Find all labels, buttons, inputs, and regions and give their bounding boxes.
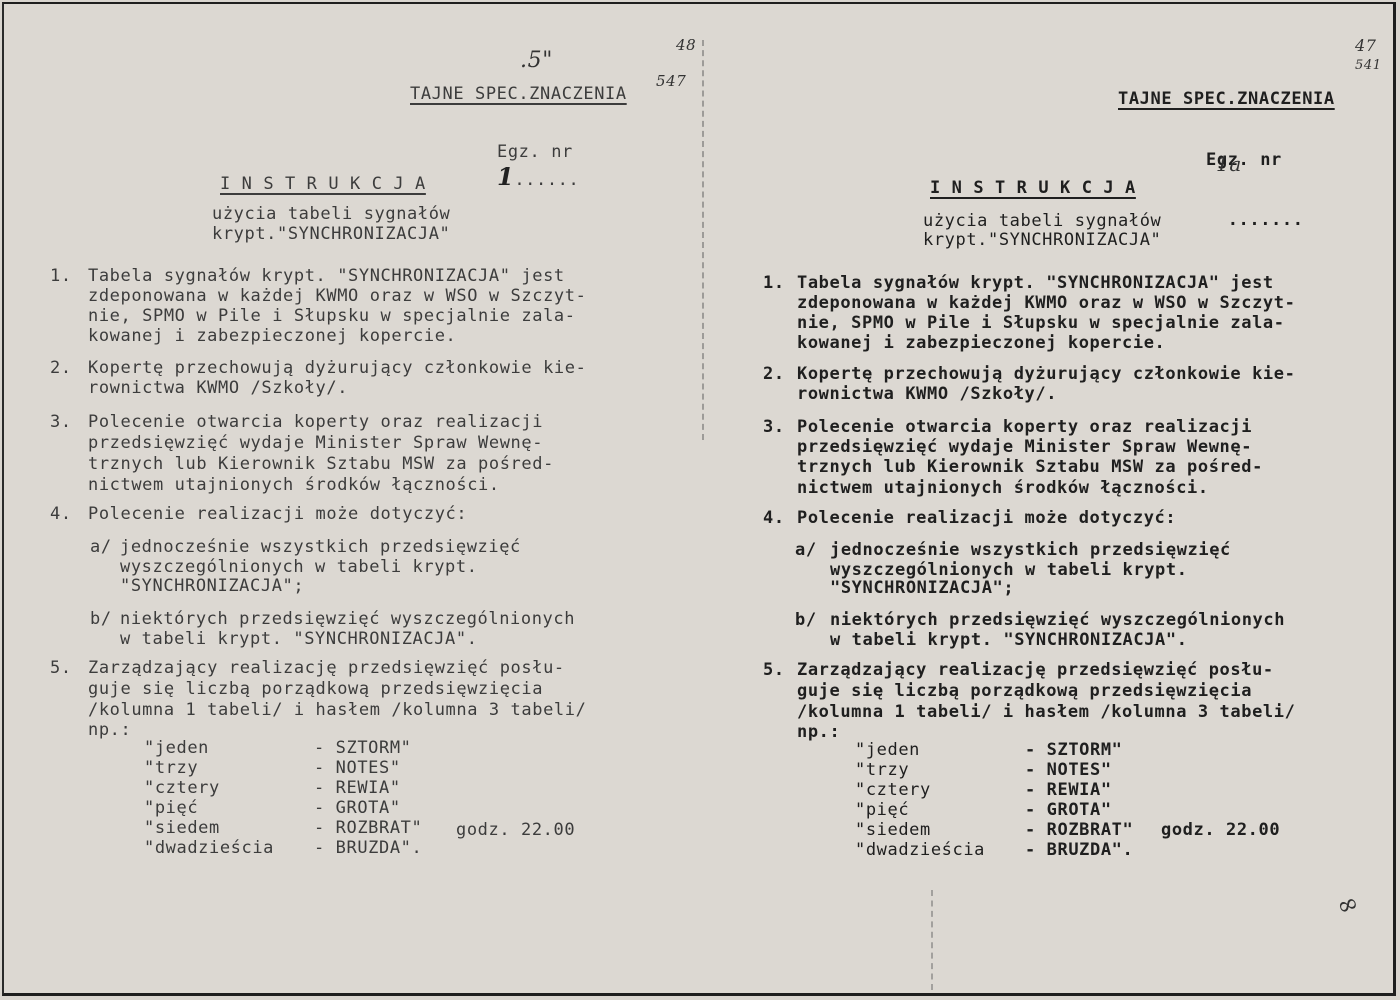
document-subtitle: użycia tabeli sygnałów <box>212 204 450 224</box>
example-number-word: "siedem <box>144 818 220 838</box>
example-password: - BRUZDA". <box>1025 840 1133 860</box>
item-text: zdeponowana w każdej KWMO oraz w WSO w S… <box>797 293 1295 313</box>
item-text: nictwem utajnionych środków łączności. <box>88 475 500 495</box>
classification-header: TAJNE SPEC.ZNACZENIA <box>410 84 627 104</box>
subitem-label: b/ <box>90 609 112 629</box>
item-number: 3. <box>50 412 72 432</box>
item-number: 2. <box>50 358 72 378</box>
example-password: - ROZBRAT" <box>1025 820 1133 840</box>
item-text: Polecenie otwarcia koperty oraz realizac… <box>88 412 543 432</box>
example-number-word: "trzy <box>855 760 909 780</box>
item-text: kowanej i zabezpieczonej kopercie. <box>797 333 1165 353</box>
example-password: - ROZBRAT" <box>314 818 422 838</box>
item-text: trznych lub Kierownik Sztabu MSW za pośr… <box>88 454 554 474</box>
example-number-word: "jeden <box>855 740 920 760</box>
item-number: 5. <box>50 658 72 678</box>
copy-number-wrapper: 1a ....... <box>1141 190 1304 250</box>
item-text: /kolumna 1 tabeli/ i hasłem /kolumna 3 t… <box>88 700 586 720</box>
handwritten-page-number: 47 <box>1355 36 1377 55</box>
item-number: 4. <box>763 508 785 528</box>
handwritten-mark: ∞ <box>1333 887 1364 923</box>
item-text: Tabela sygnałów krypt. "SYNCHRONIZACJA" … <box>797 273 1274 293</box>
example-number-word: "dwadzieścia <box>144 838 274 858</box>
document-title: I N S T R U K C J A <box>220 174 426 194</box>
document-subtitle: krypt."SYNCHRONIZACJA" <box>212 224 450 244</box>
item-text: jednocześnie wszystkich przedsięwzięć <box>830 540 1231 560</box>
item-number: 2. <box>763 364 785 384</box>
item-text: w tabeli krypt. "SYNCHRONIZACJA". <box>830 630 1188 650</box>
item-number: 1. <box>763 273 785 293</box>
subitem-label: a/ <box>795 540 817 560</box>
example-number-word: "pięć <box>855 800 909 820</box>
example-number-word: "cztery <box>855 780 931 800</box>
item-text: kowanej i zabezpieczonej kopercie. <box>88 326 456 346</box>
right-page: 47 541 TAJNE SPEC.ZNACZENIA Egz. nr 1a .… <box>705 0 1400 1000</box>
copy-dots: ....... <box>1228 210 1304 230</box>
item-text: niektórych przedsięwzięć wyszczególniony… <box>120 609 575 629</box>
classification-header: TAJNE SPEC.ZNACZENIA <box>1118 89 1335 109</box>
handwritten-page-number: 541 <box>1355 58 1382 73</box>
item-text: guje się liczbą porządkową przedsięwzięc… <box>88 679 543 699</box>
example-number-word: "siedem <box>855 820 931 840</box>
item-text: wyszczególnionych w tabeli krypt. <box>120 557 478 577</box>
handwritten-mark: .5" <box>520 48 553 73</box>
item-text: Zarządzający realizację przedsięwzięć po… <box>797 660 1274 680</box>
example-password: - GROTA" <box>314 798 401 818</box>
example-password: - SZTORM" <box>314 738 412 758</box>
item-text: przedsięwzięć wydaje Minister Spraw Wewn… <box>88 433 543 453</box>
example-password: - REWIA" <box>1025 780 1112 800</box>
item-text: nictwem utajnionych środków łączności. <box>797 478 1209 498</box>
item-text: rownictwa KWMO /Szkoły/. <box>88 378 348 398</box>
item-text: w tabeli krypt. "SYNCHRONIZACJA". <box>120 629 478 649</box>
item-text: wyszczególnionych w tabeli krypt. <box>830 560 1188 580</box>
copy-label: Egz. nr <box>497 142 573 162</box>
copy-number-field: Egz. nr 1a ....... <box>1141 130 1304 270</box>
item-number: 1. <box>50 266 72 286</box>
left-page: .5" 48 547 TAJNE SPEC.ZNACZENIA Egz. nr … <box>0 0 700 1000</box>
example-password: - NOTES" <box>314 758 401 778</box>
item-text: niektórych przedsięwzięć wyszczególniony… <box>830 610 1285 630</box>
document-subtitle: użycia tabeli sygnałów <box>923 211 1161 231</box>
example-password: - REWIA" <box>314 778 401 798</box>
copy-number: 1a <box>1216 152 1242 176</box>
copy-number-field: Egz. nr 1...... <box>432 122 579 211</box>
subitem-label: a/ <box>90 537 112 557</box>
item-number: 5. <box>763 660 785 680</box>
example-time-note: godz. 22.00 <box>456 820 575 840</box>
example-number-word: "trzy <box>144 758 198 778</box>
example-number-word: "pięć <box>144 798 198 818</box>
item-text: np.: <box>88 720 131 740</box>
handwritten-page-number: 547 <box>656 72 686 90</box>
example-password: - NOTES" <box>1025 760 1112 780</box>
item-text: /kolumna 1 tabeli/ i hasłem /kolumna 3 t… <box>797 702 1295 722</box>
item-number: 4. <box>50 504 72 524</box>
document-title: I N S T R U K C J A <box>930 178 1136 198</box>
item-text: nie, SPMO w Pile i Słupsku w specjalnie … <box>88 306 576 326</box>
item-text: Zarządzający realizację przedsięwzięć po… <box>88 658 565 678</box>
item-text: rownictwa KWMO /Szkoły/. <box>797 384 1057 404</box>
item-text: nie, SPMO w Pile i Słupsku w specjalnie … <box>797 313 1285 333</box>
copy-number: 1 <box>497 162 514 191</box>
item-text: zdeponowana w każdej KWMO oraz w WSO w S… <box>88 286 586 306</box>
item-text: "SYNCHRONIZACJA"; <box>830 578 1014 598</box>
item-text: np.: <box>797 722 840 742</box>
item-text: jednocześnie wszystkich przedsięwzięć <box>120 537 521 557</box>
copy-dots: ...... <box>514 170 579 190</box>
document-subtitle: krypt."SYNCHRONIZACJA" <box>923 230 1161 250</box>
item-text: Kopertę przechowują dyżurujący członkowi… <box>797 364 1295 384</box>
example-password: - GROTA" <box>1025 800 1112 820</box>
example-password: - BRUZDA". <box>314 838 422 858</box>
example-time-note: godz. 22.00 <box>1161 820 1280 840</box>
example-number-word: "dwadzieścia <box>855 840 985 860</box>
item-number: 3. <box>763 417 785 437</box>
example-password: - SZTORM" <box>1025 740 1123 760</box>
item-text: Tabela sygnałów krypt. "SYNCHRONIZACJA" … <box>88 266 565 286</box>
item-text: Polecenie realizacji może dotyczyć: <box>797 508 1176 528</box>
item-text: trznych lub Kierownik Sztabu MSW za pośr… <box>797 457 1263 477</box>
item-text: Polecenie realizacji może dotyczyć: <box>88 504 467 524</box>
item-text: guje się liczbą porządkową przedsięwzięc… <box>797 681 1252 701</box>
handwritten-page-number: 48 <box>676 36 696 54</box>
example-number-word: "jeden <box>144 738 209 758</box>
example-number-word: "cztery <box>144 778 220 798</box>
subitem-label: b/ <box>795 610 817 630</box>
item-text: Polecenie otwarcia koperty oraz realizac… <box>797 417 1252 437</box>
item-text: Kopertę przechowują dyżurujący członkowi… <box>88 358 586 378</box>
item-text: przedsięwzięć wydaje Minister Spraw Wewn… <box>797 437 1252 457</box>
item-text: "SYNCHRONIZACJA"; <box>120 576 304 596</box>
fold-line <box>702 40 704 440</box>
